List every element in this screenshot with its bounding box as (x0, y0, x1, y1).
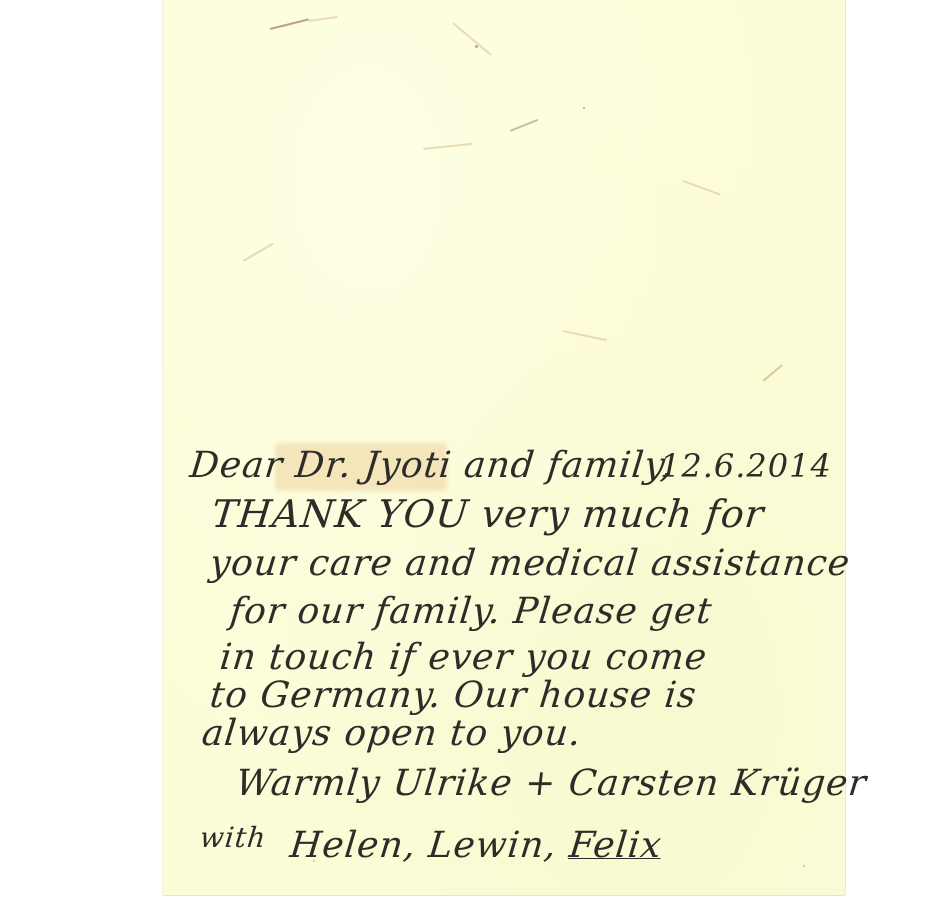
note-line-3: for our family. Please get (228, 592, 714, 632)
note-line-4: in touch if ever you come (218, 638, 709, 678)
child-signature: Felix (567, 825, 664, 866)
children-names-text: Helen, Lewin, (288, 825, 559, 866)
paper-speck (475, 45, 478, 48)
paper-fiber (423, 143, 473, 150)
paper-fiber (763, 364, 783, 381)
children-names: Helen, Lewin, Felix (288, 826, 664, 866)
page: Dear Dr. Jyoti and family, 12.6.2014 THA… (0, 0, 943, 902)
paper-speck (803, 865, 805, 867)
with-label: with (198, 818, 268, 858)
closing-signature: Warmly Ulrike + Carsten Krüger (234, 764, 869, 804)
note-line-5: to Germany. Our house is (208, 676, 699, 716)
note-line-2: your care and medical assistance (208, 544, 852, 584)
paper-fiber (683, 180, 721, 195)
paper-fiber (510, 119, 538, 132)
paper-fiber (270, 18, 309, 29)
paper-fiber (563, 330, 607, 341)
note-line-1: THANK YOU very much for (210, 494, 766, 534)
note-line-6: always open to you. (200, 714, 584, 754)
paper-fiber (453, 22, 492, 55)
note-date: 12.6.2014 (660, 446, 832, 486)
paper-fiber (243, 243, 274, 262)
paper-speck (583, 107, 585, 109)
paper-fiber (308, 16, 338, 22)
salutation: Dear Dr. Jyoti and family, (188, 446, 675, 486)
